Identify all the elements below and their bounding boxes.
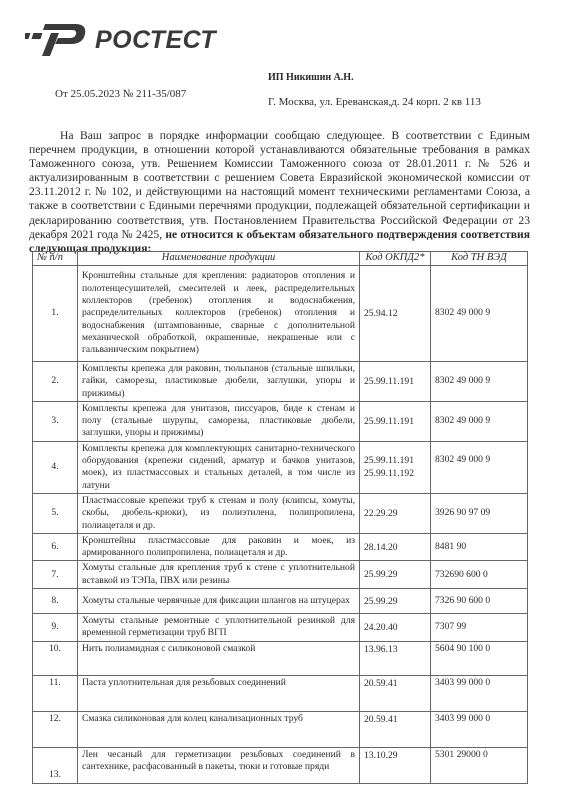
tnved-code: 3926 90 97 09 (431, 493, 528, 533)
okpd-code-value: 25.99.29 (364, 568, 426, 581)
header-tnved: Код ТН ВЭД (431, 252, 528, 266)
okpd-code-value: 25.99.11.191 (364, 375, 426, 388)
okpd-code: 25.99.29 (360, 561, 431, 589)
okpd-code: 24.20.40 (360, 614, 431, 642)
row-number: 6. (33, 533, 78, 561)
letter-reference: От 25.05.2023 № 211-35/087 (55, 88, 186, 100)
letter-body: На Ваш запрос в порядке информации сообщ… (29, 129, 530, 256)
okpd-code: 25.99.11.191 (360, 401, 431, 441)
product-name: Смазка силиконовая для колец канализацио… (78, 711, 360, 747)
tnved-code: 7307 99 (431, 614, 528, 642)
table-row: 9.Хомуты стальные ремонтные с уплотнител… (33, 614, 528, 642)
tnved-code: 8481 90 (431, 533, 528, 561)
okpd-code-value: 20.59.41 (364, 677, 426, 690)
header-product-name: Наименование продукции (78, 252, 360, 266)
product-name: Комплекты крепежа для унитазов, писсуаро… (78, 401, 360, 441)
tnved-code: 8302 49 000 9 (431, 266, 528, 362)
table-row: 2.Комплекты крепежа для раковин, тюльпан… (33, 362, 528, 402)
product-name: Хомуты стальные червячные для фиксации ш… (78, 589, 360, 614)
product-name: Пластмассовые крепежи труб к стенам и по… (78, 493, 360, 533)
row-number: 11. (33, 675, 78, 711)
body-text: На Ваш запрос в порядке информации сообщ… (29, 129, 530, 241)
product-name: Нить полиамидная с силиконовой смазкой (78, 641, 360, 675)
okpd-code: 13.96.13 (360, 641, 431, 675)
table-row: 7.Хомуты стальные для крепления труб к с… (33, 561, 528, 589)
addressee-name: ИП Никишин А.Н. (268, 72, 354, 83)
table-row: 10.Нить полиамидная с силиконовой смазко… (33, 641, 528, 675)
row-number: 1. (33, 266, 78, 362)
addressee-address: Г. Москва, ул. Ереванская,д. 24 корп. 2 … (268, 96, 481, 108)
product-name: Паста уплотнительная для резьбовых соеди… (78, 675, 360, 711)
okpd-code: 25.99.29 (360, 589, 431, 614)
product-name: Комплекты крепежа для комплектующих сани… (78, 441, 360, 493)
okpd-code: 28.14.20 (360, 533, 431, 561)
table-header-row: № п/п Наименование продукции Код ОКПД2* … (33, 252, 528, 266)
rostest-p-logo-icon (25, 22, 89, 58)
row-number: 4. (33, 441, 78, 493)
okpd-code: 22.29.29 (360, 493, 431, 533)
product-name: Комплекты крепежа для раковин, тюльпанов… (78, 362, 360, 402)
row-number: 7. (33, 561, 78, 589)
okpd-code: 20.59.41 (360, 711, 431, 747)
okpd-code-value: 28.14.20 (364, 541, 426, 554)
row-number: 2. (33, 362, 78, 402)
table-row: 11.Паста уплотнительная для резьбовых со… (33, 675, 528, 711)
tnved-code: 8302 49 000 9 (431, 362, 528, 402)
okpd-code-value: 25.99.11.191 (364, 415, 426, 428)
header-number: № п/п (33, 252, 78, 266)
okpd-code-value: 25.99.11.192 (364, 467, 426, 480)
okpd-code-value: 25.99.11.191 (364, 454, 426, 467)
table-row: 6.Кронштейны пластмассовые для раковин и… (33, 533, 528, 561)
tnved-code: 5604 90 100 0 (431, 641, 528, 675)
product-name: Лен чесаный для герметизации резьбовых с… (78, 747, 360, 783)
tnved-code: 7326 90 600 0 (431, 589, 528, 614)
table-row: 1.Кронштейны стальные для крепления: рад… (33, 266, 528, 362)
product-name: Кронштейны стальные для крепления: радиа… (78, 266, 360, 362)
tnved-code: 8302 49 000 9 (431, 441, 528, 493)
table-row: 8.Хомуты стальные червячные для фиксации… (33, 589, 528, 614)
okpd-code: 25.99.11.19125.99.11.192 (360, 441, 431, 493)
table-row: 4.Комплекты крепежа для комплектующих са… (33, 441, 528, 493)
okpd-code-value: 25.99.29 (364, 595, 426, 608)
letterhead-logo: РОСТЕСТ (25, 22, 216, 58)
row-number: 3. (33, 401, 78, 441)
tnved-code: 3403 99 000 0 (431, 711, 528, 747)
tnved-code: 5301 29000 0 (431, 747, 528, 783)
product-name: Хомуты стальные для крепления труб к сте… (78, 561, 360, 589)
product-name: Кронштейны пластмассовые для раковин и м… (78, 533, 360, 561)
okpd-code-value: 13.96.13 (364, 643, 426, 656)
tnved-code: 8302 49 000 9 (431, 401, 528, 441)
table-row: 12.Смазка силиконовая для колец канализа… (33, 711, 528, 747)
table-row: 3.Комплекты крепежа для унитазов, писсуа… (33, 401, 528, 441)
header-okpd: Код ОКПД2* (360, 252, 431, 266)
okpd-code-value: 20.59.41 (364, 713, 426, 726)
tnved-code: 732690 600 0 (431, 561, 528, 589)
row-number: 10. (33, 641, 78, 675)
brand-name: РОСТЕСТ (95, 26, 216, 55)
tnved-code: 3403 99 000 0 (431, 675, 528, 711)
okpd-code-value: 13.10.29 (364, 749, 426, 762)
okpd-code-value: 24.20.40 (364, 621, 426, 634)
table-row: 13.Лен чесаный для герметизации резьбовы… (33, 747, 528, 783)
okpd-code-value: 22.29.29 (364, 507, 426, 520)
row-number: 5. (33, 493, 78, 533)
products-table: № п/п Наименование продукции Код ОКПД2* … (32, 251, 528, 784)
okpd-code: 13.10.29 (360, 747, 431, 783)
row-number: 8. (33, 589, 78, 614)
row-number: 12. (33, 711, 78, 747)
okpd-code: 25.99.11.191 (360, 362, 431, 402)
row-number: 9. (33, 614, 78, 642)
table-row: 5.Пластмассовые крепежи труб к стенам и … (33, 493, 528, 533)
row-number: 13. (33, 747, 78, 783)
okpd-code: 20.59.41 (360, 675, 431, 711)
product-name: Хомуты стальные ремонтные с уплотнительн… (78, 614, 360, 642)
okpd-code-value: 25.94.12 (364, 307, 426, 320)
okpd-code: 25.94.12 (360, 266, 431, 362)
